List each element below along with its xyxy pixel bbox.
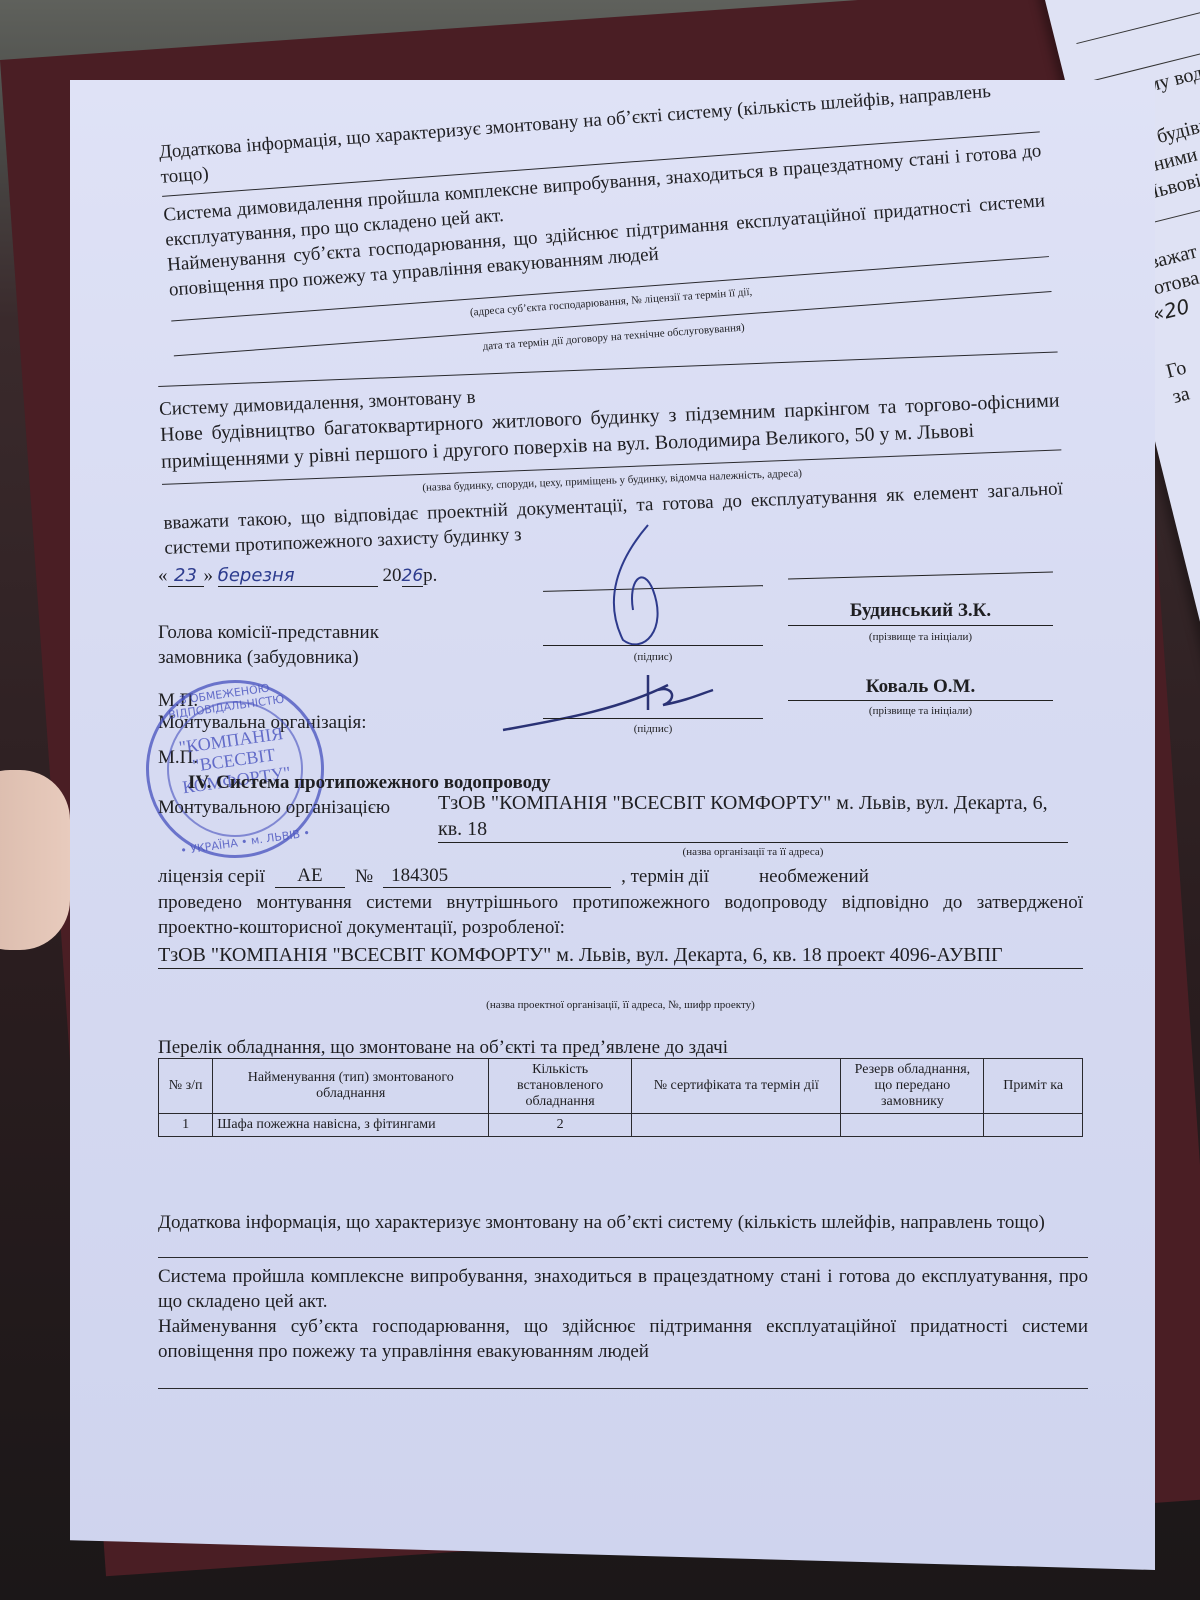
chair-name: Будинський З.К.: [788, 600, 1053, 622]
quote: »: [204, 565, 214, 586]
equipment-title: Перелік обладнання, що змонтоване на об’…: [158, 1035, 728, 1060]
date-month: березня: [218, 565, 378, 587]
license-label: ліцензія серії: [158, 866, 265, 888]
chair-signature-icon: [598, 520, 678, 660]
back-page-text: Го: [1164, 357, 1189, 384]
caption-org: (назва організації та її адреса): [438, 845, 1068, 859]
cell-quantity: 2: [489, 1114, 632, 1137]
hand-thumb: [0, 770, 70, 950]
chair-block: Голова комісії-представник замовника (за…: [158, 620, 379, 670]
caption-signature: (підпис): [543, 650, 763, 664]
quote: «: [158, 565, 168, 586]
installer-name: Коваль О.М.: [788, 676, 1053, 698]
entity-name-text: Найменування суб’єкта господарювання, що…: [158, 1314, 1088, 1364]
license-series: АЕ: [275, 865, 345, 888]
table-row: 1 Шафа пожежна навісна, з фітингами 2: [159, 1114, 1083, 1137]
date-year-end: р.: [423, 565, 437, 586]
header-certificate: № сертифіката та термін дії: [632, 1059, 841, 1114]
license-no-label: №: [355, 866, 373, 888]
equipment-table: № з/п Найменування (тип) змонтованого об…: [158, 1058, 1083, 1137]
divider: [158, 1257, 1088, 1258]
header-no: № з/п: [159, 1059, 213, 1114]
installer-name-line: [788, 700, 1053, 701]
term-value: необмежений: [759, 866, 869, 888]
test-passed-text: Система пройшла комплексне випробування,…: [158, 1264, 1088, 1314]
header-note: Приміт ка: [984, 1059, 1083, 1114]
cell-reserve: [841, 1114, 984, 1137]
header-name: Найменування (тип) змонтованого обладнан…: [213, 1059, 489, 1114]
installer-signature-line: [543, 718, 763, 719]
document-page: Додаткова інформація, що характеризує зм…: [70, 80, 1155, 1570]
installer-org-value: ТзОВ "КОМПАНІЯ "ВСЕСВІТ КОМФОРТУ" м. Льв…: [438, 790, 1068, 843]
cell-certificate: [632, 1114, 841, 1137]
cell-note: [984, 1114, 1083, 1137]
caption-name: (прізвище та ініціали): [788, 704, 1053, 718]
chair-name-line: [788, 625, 1053, 626]
company-stamp: З ОБМЕЖЕНОЮ ВІДПОВІДАЛЬНІСТЮ "КОМПАНІЯ "…: [134, 668, 335, 869]
date-year-suffix: 26: [402, 566, 424, 587]
name-line: [788, 572, 1053, 580]
performed-text: проведено монтування системи внутрішньог…: [158, 890, 1083, 940]
back-page-text: за: [1170, 383, 1192, 409]
divider: [158, 1388, 1088, 1389]
table-header-row: № з/п Найменування (тип) змонтованого об…: [159, 1059, 1083, 1114]
header-quantity: Кількість встановленого обладнання: [489, 1059, 632, 1114]
header-reserve: Резерв обладнання, що передано замовнику: [841, 1059, 984, 1114]
installer-org-label: Монтувальною організацією: [158, 795, 390, 820]
chair-label: замовника (забудовника): [158, 645, 379, 670]
license-number: 184305: [383, 865, 611, 888]
caption-designer: (назва проектної організації, її адреса,…: [158, 998, 1083, 1012]
term-label: , термін дії: [621, 866, 709, 888]
date-row: «23» березня 2026р.: [158, 565, 437, 587]
top-section: Додаткова інформація, що характеризує зм…: [158, 76, 1053, 377]
chair-signature-line: [543, 645, 763, 646]
caption-name: (прізвище та ініціали): [788, 630, 1053, 644]
license-row: ліцензія серії АЕ № 184305 , термін дії …: [158, 865, 869, 888]
caption-signature: (підпис): [543, 722, 763, 736]
date-year-prefix: 20: [383, 565, 402, 586]
cell-no: 1: [159, 1114, 213, 1137]
date-day: 23: [168, 565, 204, 587]
additional-info-text: Додаткова інформація, що характеризує зм…: [158, 1210, 1088, 1235]
designer-text: ТзОВ "КОМПАНІЯ "ВСЕСВІТ КОМФОРТУ" м. Льв…: [158, 942, 1083, 969]
chair-label: Голова комісії-представник: [158, 620, 379, 645]
lower-section: Додаткова інформація, що характеризує зм…: [158, 1210, 1088, 1395]
cell-name: Шафа пожежна навісна, з фітингами: [213, 1114, 489, 1137]
